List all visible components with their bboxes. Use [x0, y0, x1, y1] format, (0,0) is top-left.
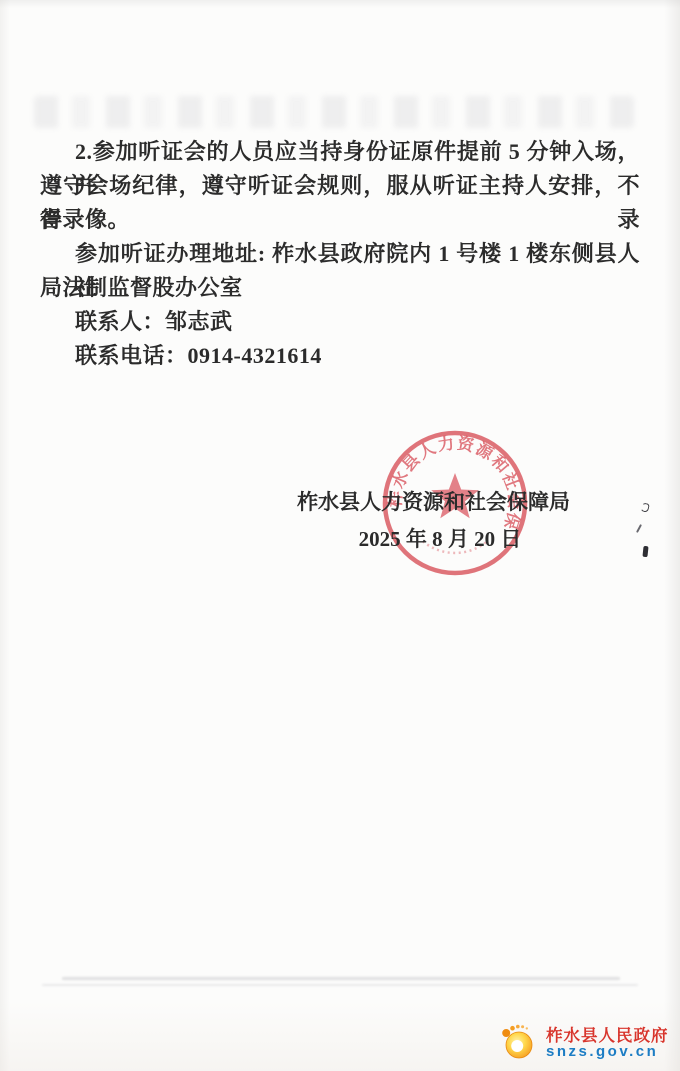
ink-mark-artifact	[642, 546, 648, 557]
signature-date: 2025 年 8 月 20 日	[340, 523, 540, 553]
paragraph2-line1: 参加听证办理地址: 柞水县政府院内 1 号楼 1 楼东侧县人社	[40, 237, 640, 271]
paragraph2-line2: 局法制监督股办公室	[40, 271, 640, 305]
ink-mark-artifact	[640, 502, 650, 513]
government-portal-watermark: 柞水县人民政府 snzs.gov.cn	[497, 1016, 672, 1066]
paragraph1-line1: 2.参加听证会的人员应当持身份证原件提前 5 分钟入场，并	[40, 135, 640, 169]
scanned-document-page: 2.参加听证会的人员应当持身份证原件提前 5 分钟入场，并 遵守会场纪律，遵守听…	[0, 0, 680, 1071]
ink-mark-artifact	[636, 524, 642, 533]
paragraph1-line2: 遵守会场纪律，遵守听证会规则，服从听证主持人安排，不得录	[40, 169, 640, 203]
portal-site-url: snzs.gov.cn	[546, 1043, 670, 1060]
bleedthrough-text-artifact	[34, 96, 634, 128]
contact-person: 联系人：邹志武	[40, 305, 640, 339]
contact-phone: 联系电话：0914-4321614	[40, 339, 640, 373]
svg-text:柞水县人力资源和社会保障局: 柞水县人力资源和社会保障局	[375, 425, 525, 533]
seal-arc-text: 柞水县人力资源和社会保障局	[375, 425, 525, 533]
document-body: 2.参加听证会的人员应当持身份证原件提前 5 分钟入场，并 遵守会场纪律，遵守听…	[40, 135, 640, 373]
footprint-icon	[499, 1021, 539, 1061]
scan-streak-artifact	[42, 984, 638, 986]
scan-edge-shadow-right	[664, 0, 680, 1071]
signature-organization: 柞水县人力资源和社会保障局	[296, 486, 571, 516]
scan-edge-shadow-top	[0, 0, 680, 8]
scan-edge-shadow-left	[0, 0, 10, 1071]
scan-streak-artifact	[62, 977, 620, 980]
